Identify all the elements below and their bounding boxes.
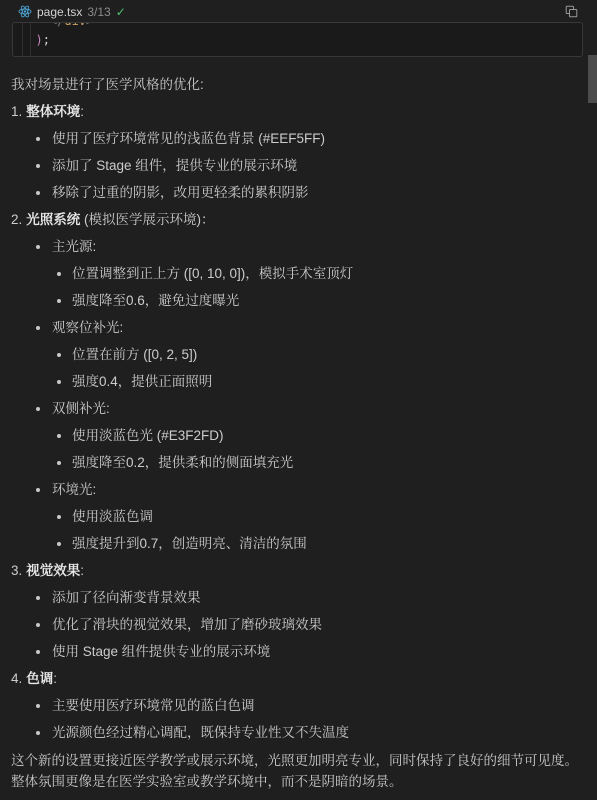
list-item: 环境光: bbox=[11, 480, 584, 500]
list-item: 观察位补光: bbox=[11, 318, 584, 338]
list-item: 主要使用医疗环境常见的蓝白色调 bbox=[11, 696, 584, 716]
list-item: 强度降至0.2，提供柔和的侧面填充光 bbox=[11, 453, 584, 473]
message-closing: 这个新的设置更接近医学教学或展示环境，光照更加明亮专业，同时保持了良好的细节可见… bbox=[11, 750, 584, 792]
section-heading-environment: 1.整体环境: bbox=[11, 102, 584, 122]
message-intro: 我对场景进行了医学风格的优化: bbox=[11, 75, 584, 95]
copy-icon[interactable] bbox=[564, 4, 579, 19]
list-item: 双侧补光: bbox=[11, 399, 584, 419]
section-heading-lighting: 2.光照系统 (模拟医学展示环境)： bbox=[11, 210, 584, 230]
list-item: 强度降至0.6，避免过度曝光 bbox=[11, 291, 584, 311]
code-line: </div> bbox=[21, 22, 574, 31]
list-item: 使用了医疗环境常见的浅蓝色背景 (#EEF5FF) bbox=[11, 129, 584, 149]
list-item: 光源颜色经过精心调配，既保持专业性又不失温度 bbox=[11, 723, 584, 743]
indent-guide bbox=[22, 23, 23, 56]
list-item: 强度提升到0.7，创造明亮、清洁的氛围 bbox=[11, 534, 584, 554]
list-item: 移除了过重的阴影，改用更轻柔的累积阴影 bbox=[11, 183, 584, 203]
code-content: </div> ); bbox=[12, 22, 583, 57]
file-name: page.tsx bbox=[37, 5, 82, 19]
list-item: 使用 Stage 组件提供专业的展示环境 bbox=[11, 642, 584, 662]
code-block-header[interactable]: page.tsx 3/13 ✓ bbox=[12, 1, 583, 22]
scrollbar-thumb[interactable] bbox=[588, 55, 597, 103]
list-item: 位置调整到正上方 ([0, 10, 0])，模拟手术室顶灯 bbox=[11, 264, 584, 284]
section-heading-color-tone: 4.色调: bbox=[11, 669, 584, 689]
list-item: 强度0.4，提供正面照明 bbox=[11, 372, 584, 392]
check-icon: ✓ bbox=[116, 5, 126, 19]
code-line: ); bbox=[21, 31, 574, 50]
list-item: 使用淡蓝色光 (#E3F2FD) bbox=[11, 426, 584, 446]
code-block: page.tsx 3/13 ✓ </div> ); bbox=[12, 1, 583, 57]
list-item: 位置在前方 ([0, 2, 5]) bbox=[11, 345, 584, 365]
assistant-message: 我对场景进行了医学风格的优化: 1.整体环境: 使用了医疗环境常见的浅蓝色背景 … bbox=[0, 57, 597, 792]
react-icon bbox=[18, 5, 32, 18]
list-item: 添加了 Stage 组件，提供专业的展示环境 bbox=[11, 156, 584, 176]
edit-progress: 3/13 bbox=[87, 5, 110, 19]
indent-guide bbox=[30, 23, 31, 56]
list-item: 使用淡蓝色调 bbox=[11, 507, 584, 527]
section-heading-visual-effects: 3.视觉效果: bbox=[11, 561, 584, 581]
list-item: 主光源: bbox=[11, 237, 584, 257]
list-item: 优化了滑块的视觉效果，增加了磨砂玻璃效果 bbox=[11, 615, 584, 635]
list-item: 添加了径向渐变背景效果 bbox=[11, 588, 584, 608]
